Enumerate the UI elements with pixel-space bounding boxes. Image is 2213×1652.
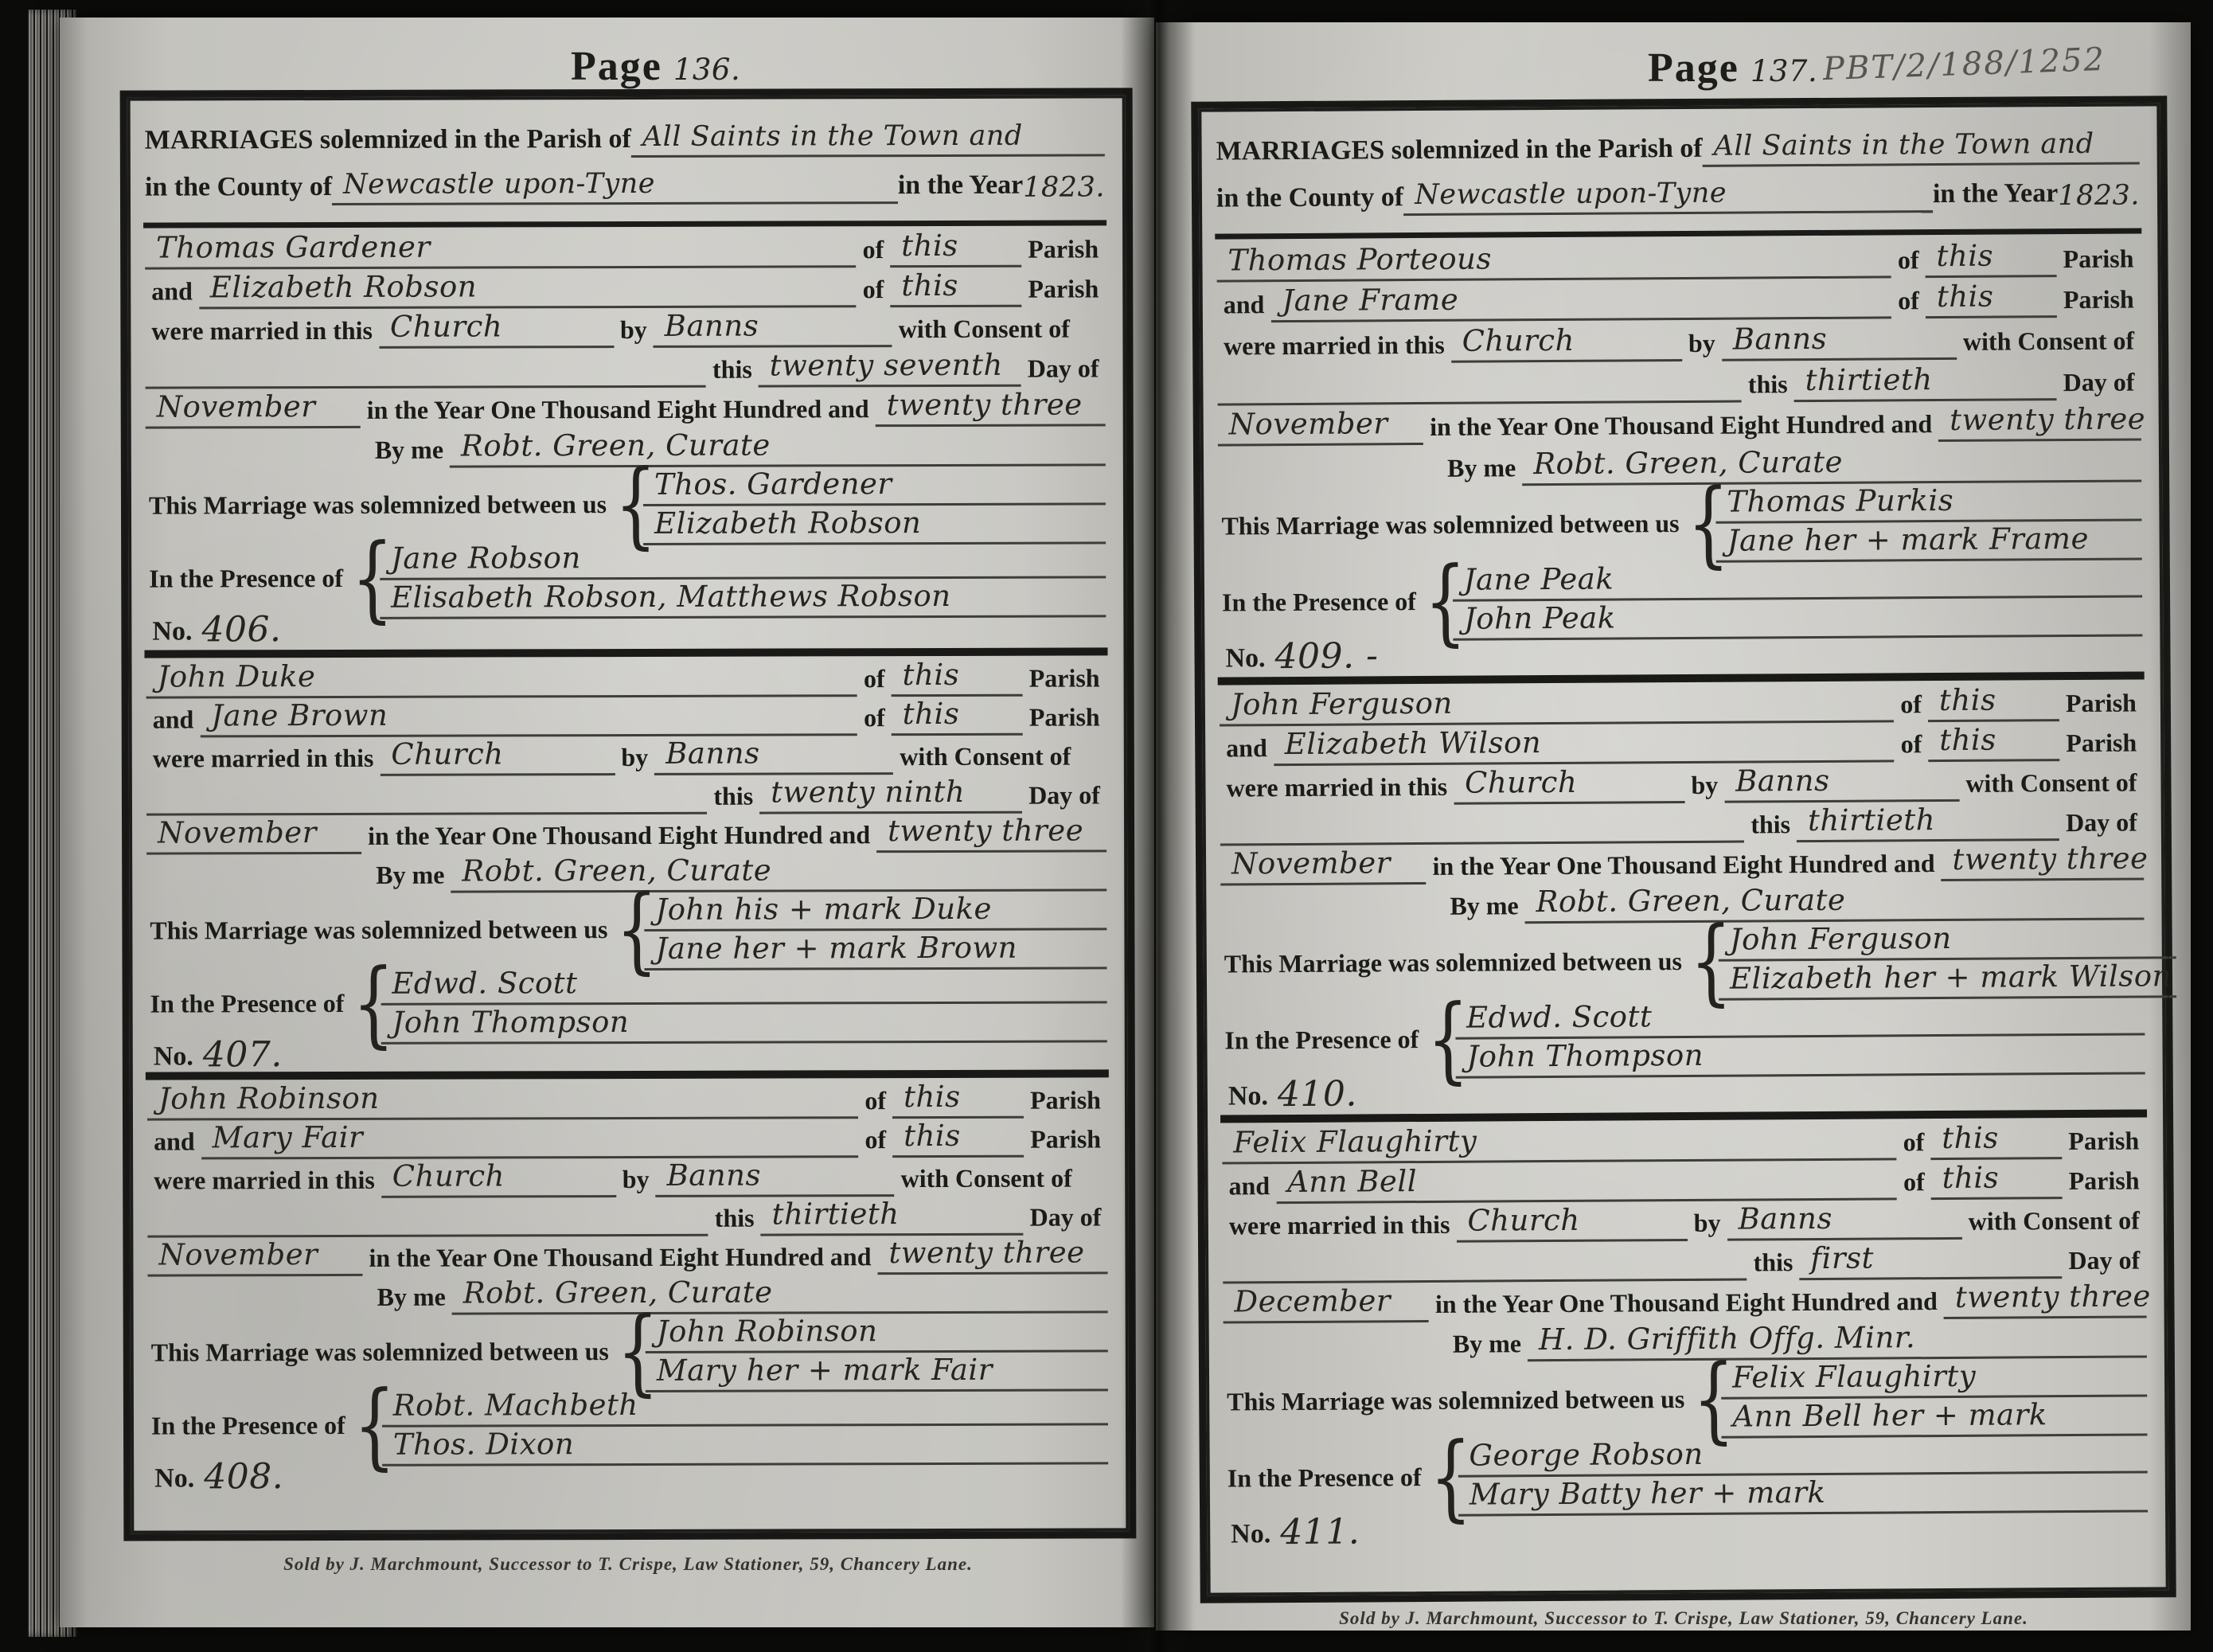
marriage-entry: John Ferguson of this Parish and Elizabe…: [1218, 671, 2147, 1115]
groom-parish-field: this: [1928, 682, 2059, 722]
couple-signatures: Thomas Purkis Jane her + mark Frame: [1715, 482, 2142, 561]
officiant-signature: Robt. Green, Curate: [450, 427, 1106, 467]
of-label: of: [1894, 689, 1928, 722]
stationer-imprint: Sold by J. Marchmount, Successor to T. C…: [122, 1554, 1134, 1575]
bride-name: Ann Bell: [1276, 1161, 1897, 1204]
consent-label: with Consent of: [1962, 1205, 2146, 1239]
county-prefix-label: in the County of: [1216, 182, 1403, 217]
groom-name: John Duke: [146, 658, 857, 698]
day-row: this first Day of: [1223, 1238, 2146, 1283]
day-row: this thirtieth Day of: [1220, 800, 2144, 846]
day-of-label: Day of: [1022, 780, 1106, 813]
groom-signature: Thomas Purkis: [1715, 482, 2141, 524]
solemnized-row: This Marriage was solemnized between us …: [146, 466, 1106, 541]
year-words: twenty three: [1941, 841, 2144, 881]
and-label: and: [147, 1127, 201, 1159]
witness-2: John Thompson: [1455, 1035, 2145, 1078]
day-row: this twenty ninth Day of: [146, 774, 1106, 815]
groom-parish-field: this: [892, 658, 1023, 697]
day-of-label: Day of: [2057, 367, 2141, 400]
brace-icon: [610, 462, 643, 546]
by-label: by: [1684, 771, 1724, 803]
form-frame-inner: MARRIAGES solemnized in the Parish of Al…: [1198, 103, 2168, 1595]
brace-icon: [1422, 997, 1456, 1081]
brace-icon: [1685, 919, 1719, 1003]
this-label: this: [1747, 1248, 1799, 1280]
marriage-entry: Thomas Gardener of this Parish and Eliza…: [143, 225, 1107, 650]
county-prefix-label: in the County of: [145, 172, 332, 206]
entry-number: 408.: [201, 1456, 283, 1497]
month-year-row: November in the Year One Thousand Eight …: [1220, 840, 2144, 885]
brace-icon: [612, 1309, 646, 1393]
form-frame: MARRIAGES solemnized in the Parish of Al…: [120, 88, 1137, 1541]
marriage-method: Banns: [654, 308, 892, 348]
presence-row: In the Presence of Jane Peak John Peak: [1219, 559, 2143, 641]
married-row: were married in this Church by Banns wit…: [145, 307, 1105, 349]
day-of-label: Day of: [2062, 1245, 2146, 1279]
witness-signatures: George Robson Mary Batty her + mark: [1458, 1434, 2148, 1514]
marriage-month: November: [1220, 846, 1427, 886]
heading-line-1: MARRIAGES solemnized in the Parish of Al…: [145, 119, 1105, 158]
form-frame-inner: MARRIAGES solemnized in the Parish of Al…: [127, 95, 1130, 1533]
entry-number: 410.: [1274, 1074, 1357, 1115]
groom-parish-field: this: [890, 228, 1021, 268]
marriage-day: thirtieth: [1797, 802, 2059, 842]
year-line-label: in the Year One Thousand Eight Hundred a…: [1423, 409, 1938, 445]
year-words: twenty three: [876, 387, 1106, 427]
by-me-label: By me: [1441, 453, 1522, 486]
groom-parish-field: this: [892, 1080, 1024, 1119]
witness-signatures: Robt. Machbeth Thos. Dixon: [382, 1386, 1108, 1461]
bride-row: and Elizabeth Wilson of this Parish: [1220, 721, 2143, 766]
groom-row: John Robinson of this Parish: [147, 1079, 1107, 1120]
entry-number-row: No. 408.: [148, 1459, 1108, 1497]
this-label: this: [1744, 810, 1797, 842]
presence-label: In the Presence of: [1219, 587, 1419, 618]
page-word: Page: [1648, 45, 1739, 92]
bride-parish-field: this: [892, 1119, 1024, 1158]
year-line-label: in the Year One Thousand Eight Hundred a…: [1426, 849, 1941, 885]
of-label: of: [858, 1086, 892, 1119]
married-in-this-label: were married in this: [1223, 1210, 1457, 1244]
marriage-method: Banns: [1727, 1201, 1961, 1241]
entry-number-row: No. 411.: [1224, 1510, 2148, 1552]
register-heading: MARRIAGES solemnized in the Parish of Al…: [1214, 114, 2141, 239]
month-year-row: November in the Year One Thousand Eight …: [146, 813, 1106, 854]
marriage-month: November: [146, 389, 361, 429]
by-label: by: [615, 743, 654, 775]
marriage-month: December: [1223, 1283, 1429, 1324]
and-label: and: [1222, 1171, 1276, 1204]
marriage-place: Church: [1456, 1202, 1688, 1243]
by-me-label: By me: [371, 1283, 452, 1315]
month-year-row: November in the Year One Thousand Eight …: [1218, 400, 2141, 447]
officiant-signature: Robt. Green, Curate: [1524, 881, 2144, 924]
parish-label: Parish: [1021, 274, 1105, 307]
year-words: twenty three: [877, 1235, 1107, 1275]
day-of-label: Day of: [1021, 353, 1106, 386]
this-label: this: [706, 355, 759, 388]
page-136: Page 136. MARRIAGES solemnized in the Pa…: [60, 18, 1154, 1627]
witness-1: George Robson: [1458, 1434, 2147, 1477]
form-frame: MARRIAGES solemnized in the Parish of Al…: [1191, 96, 2176, 1603]
married-row: were married in this Church by Banns wit…: [1217, 318, 2141, 365]
witness-1: Jane Peak: [1453, 559, 2142, 602]
this-label: this: [707, 782, 759, 814]
officiant-signature: H. D. Griffith Offg. Minr.: [1528, 1318, 2147, 1361]
page-number: 137.: [1750, 54, 1817, 88]
heading-line-2: in the County of Newcastle upon-Tyne in …: [1216, 174, 2140, 217]
of-label: of: [1897, 1127, 1931, 1160]
month-year-row: November in the Year One Thousand Eight …: [147, 1235, 1107, 1276]
register-heading: MARRIAGES solemnized in the Parish of Al…: [143, 106, 1106, 228]
and-label: and: [1217, 290, 1271, 322]
of-label: of: [857, 275, 891, 307]
parish-label: Parish: [2063, 1166, 2146, 1199]
bride-parish-field: this: [1931, 1160, 2063, 1200]
married-in-this-label: were married in this: [1220, 772, 1454, 806]
marriage-entry: John Robinson of this Parish and Mary Fa…: [146, 1069, 1110, 1494]
marriage-month: November: [147, 1237, 362, 1277]
married-row: were married in this Church by Banns wit…: [1223, 1198, 2146, 1244]
parish-label: Parish: [2059, 728, 2143, 761]
presence-row: In the Presence of Edwd. Scott John Thom…: [1221, 996, 2145, 1078]
bride-signature: Elizabeth her + mark Wilson: [1719, 959, 2176, 1001]
entry-number-row: No. 410.: [1222, 1072, 2145, 1115]
brace-icon: [347, 961, 381, 1045]
year-line-label: in the Year One Thousand Eight Hundred a…: [361, 394, 876, 428]
parish-label: Parish: [1023, 663, 1106, 696]
solemnized-label: This Marriage was solemnized between us: [146, 915, 611, 946]
day-of-label: Day of: [2059, 807, 2144, 841]
county-name: Newcastle upon-Tyne: [332, 167, 898, 205]
stationer-imprint: Sold by J. Marchmount, Successor to T. C…: [1196, 1608, 2172, 1629]
heading-line-1: MARRIAGES solemnized in the Parish of Al…: [1216, 127, 2139, 170]
married-in-this-label: were married in this: [146, 744, 381, 777]
married-in-this-label: were married in this: [147, 1166, 381, 1199]
married-row: were married in this Church by Banns wit…: [1220, 760, 2143, 806]
couple-signatures: John his + mark Duke Jane her + mark Bro…: [644, 891, 1106, 966]
and-label: and: [146, 705, 201, 737]
solemnized-row: This Marriage was solemnized between us …: [148, 1313, 1108, 1388]
year-prefix-label: in the Year: [1933, 178, 2059, 213]
marriage-entry: Thomas Porteous of this Parish and Jane …: [1215, 233, 2144, 677]
year-line-label: in the Year One Thousand Eight Hundred a…: [361, 820, 876, 854]
day-row: this thirtieth Day of: [147, 1196, 1107, 1237]
solemnized-label: This Marriage was solemnized between us: [1224, 1384, 1688, 1416]
no-label: No.: [1224, 1519, 1277, 1552]
year-value: 1823.: [2058, 179, 2140, 212]
witness-2: Mary Batty her + mark: [1458, 1473, 2148, 1516]
day-row: this twenty seventh Day of: [145, 346, 1105, 389]
entry-number-row: No. 407.: [147, 1037, 1107, 1075]
bride-row: and Mary Fair of this Parish: [147, 1118, 1107, 1159]
bride-parish-field: this: [892, 697, 1023, 736]
by-me-label: By me: [369, 435, 450, 468]
bride-row: and Elizabeth Robson of this Parish: [145, 267, 1105, 309]
bride-name: Jane Brown: [200, 697, 857, 737]
year-words: twenty three: [1938, 402, 2141, 443]
bride-row: and Jane Frame of this Parish: [1217, 276, 2141, 323]
no-label: No.: [1219, 643, 1271, 677]
solemnized-label: This Marriage was solemnized between us: [146, 490, 610, 521]
marriage-place: Church: [379, 309, 614, 349]
bride-parish-field: this: [1926, 279, 2057, 318]
groom-parish-field: this: [1930, 1120, 2062, 1160]
consent-label: with Consent of: [1959, 767, 2143, 801]
groom-signature: Felix Flaughirty: [1721, 1357, 2147, 1399]
this-label: this: [708, 1204, 761, 1236]
marriage-entry: Felix Flaughirty of this Parish and Ann …: [1220, 1109, 2149, 1552]
groom-name: Thomas Gardener: [145, 228, 857, 269]
marriage-entry: John Duke of this Parish and Jane Brown …: [144, 647, 1108, 1072]
marriage-method: Banns: [654, 736, 893, 775]
parish-label: Parish: [2056, 244, 2140, 277]
groom-row: Thomas Porteous of this Parish: [1216, 235, 2140, 282]
and-label: and: [1220, 733, 1274, 766]
archive-reference-pencil: PBT/2/188/1252: [1822, 41, 2106, 88]
no-label: No.: [147, 1041, 200, 1075]
of-label: of: [1891, 286, 1926, 318]
marriages-prefix-label: MARRIAGES solemnized in the Parish of: [1216, 134, 1703, 170]
month-year-row: November in the Year One Thousand Eight …: [146, 386, 1106, 428]
brace-icon: [346, 536, 380, 620]
no-label: No.: [146, 616, 198, 650]
of-label: of: [858, 1125, 892, 1158]
solemnized-label: This Marriage was solemnized between us: [148, 1337, 612, 1368]
presence-row: In the Presence of George Robson Mary Ba…: [1224, 1434, 2149, 1516]
marriage-day: thirtieth: [760, 1197, 1023, 1236]
day-row: this thirtieth Day of: [1217, 358, 2141, 405]
marriage-method: Banns: [1724, 763, 1959, 803]
bride-name: Jane Frame: [1270, 280, 1891, 323]
witness-1: Jane Robson: [380, 539, 1106, 580]
day-of-label: Day of: [1024, 1202, 1108, 1235]
witness-1: Edwd. Scott: [381, 964, 1106, 1005]
solemnized-label: This Marriage was solemnized between us: [1218, 509, 1682, 541]
marriage-method: Banns: [1722, 321, 1957, 361]
marriage-place: Church: [1454, 764, 1685, 805]
bride-row: and Ann Bell of this Parish: [1222, 1158, 2145, 1204]
year-words: twenty three: [876, 813, 1106, 853]
brace-icon: [1419, 559, 1454, 643]
solemnized-row: This Marriage was solemnized between us …: [1221, 920, 2145, 1002]
groom-signature: John his + mark Duke: [644, 891, 1106, 931]
solemnized-row: This Marriage was solemnized between us …: [1218, 482, 2142, 564]
marriage-place: Church: [381, 1158, 616, 1198]
brace-icon: [611, 887, 644, 971]
witness-signatures: Edwd. Scott John Thompson: [1455, 996, 2145, 1076]
page-word: Page: [571, 43, 662, 90]
witness-1: Robt. Machbeth: [382, 1386, 1108, 1427]
bride-signature: Ann Bell her + mark: [1721, 1396, 2147, 1438]
month-year-row: December in the Year One Thousand Eight …: [1223, 1278, 2146, 1323]
witness-signatures: Edwd. Scott John Thompson: [381, 964, 1106, 1039]
marriage-register-scan: Page 136. MARRIAGES solemnized in the Pa…: [0, 0, 2213, 1652]
by-label: by: [1688, 1209, 1727, 1241]
married-row: were married in this Church by Banns wit…: [147, 1157, 1107, 1198]
parish-label: Parish: [1024, 1085, 1107, 1118]
bride-name: Mary Fair: [201, 1119, 859, 1159]
presence-label: In the Presence of: [1224, 1463, 1425, 1494]
couple-signatures: Felix Flaughirty Ann Bell her + mark: [1721, 1357, 2148, 1436]
of-label: of: [1897, 1167, 1931, 1200]
groom-name: John Robinson: [147, 1080, 859, 1120]
of-label: of: [1891, 245, 1926, 278]
year-line-label: in the Year One Thousand Eight Hundred a…: [362, 1242, 877, 1276]
no-label: No.: [148, 1463, 201, 1497]
no-label: No.: [1222, 1081, 1274, 1115]
brace-icon: [349, 1383, 382, 1467]
entry-number: 409. -: [1271, 635, 1378, 677]
year-words: twenty three: [1944, 1279, 2147, 1319]
by-me-label: By me: [1443, 891, 1524, 924]
groom-name: Felix Flaughirty: [1222, 1121, 1897, 1164]
page-header: Page 136.: [571, 43, 740, 90]
entry-number: 407.: [200, 1034, 283, 1075]
presence-label: In the Presence of: [148, 1410, 349, 1440]
groom-row: John Duke of this Parish: [146, 657, 1106, 698]
entries-left: Thomas Gardener of this Parish and Eliza…: [143, 225, 1110, 1494]
bride-row: and Jane Brown of this Parish: [146, 696, 1106, 737]
parish-label: Parish: [2057, 285, 2141, 318]
consent-label: with Consent of: [892, 314, 1076, 348]
witness-1: Edwd. Scott: [1455, 996, 2145, 1039]
year-line-label: in the Year One Thousand Eight Hundred a…: [1429, 1287, 1944, 1322]
of-label: of: [857, 235, 891, 268]
marriage-place: Church: [380, 736, 615, 776]
witness-2: John Peak: [1453, 598, 2142, 641]
by-label: by: [1682, 329, 1722, 361]
marriage-method: Banns: [656, 1158, 895, 1197]
marriage-day: twenty seventh: [759, 348, 1021, 388]
officiant-signature: Robt. Green, Curate: [452, 1274, 1108, 1314]
marriages-prefix-label: MARRIAGES solemnized in the Parish of: [145, 124, 631, 159]
married-in-this-label: were married in this: [1217, 330, 1451, 365]
presence-label: In the Presence of: [146, 563, 346, 593]
year-prefix-label: in the Year: [898, 170, 1024, 204]
groom-row: John Ferguson of this Parish: [1220, 681, 2143, 726]
year-value: 1823.: [1023, 171, 1105, 203]
groom-signature: John Robinson: [646, 1313, 1108, 1353]
officiant-signature: Robt. Green, Curate: [1522, 443, 2141, 486]
entry-number: 411.: [1277, 1512, 1360, 1553]
brace-icon: [1688, 1357, 1722, 1441]
by-me-label: By me: [369, 861, 451, 893]
married-row: were married in this Church by Banns wit…: [146, 735, 1106, 776]
marriage-place: Church: [1451, 322, 1683, 363]
parish-label: Parish: [1024, 1124, 1107, 1157]
brace-icon: [1682, 481, 1716, 565]
couple-signatures: Thos. Gardener Elizabeth Robson: [643, 466, 1106, 541]
parish-name: All Saints in the Town and: [1703, 127, 2140, 166]
marriage-month: November: [146, 815, 361, 855]
of-label: of: [857, 664, 892, 697]
groom-row: Felix Flaughirty of this Parish: [1222, 1119, 2145, 1164]
of-label: of: [857, 703, 892, 736]
heading-line-2: in the County of Newcastle upon-Tyne in …: [145, 166, 1105, 205]
couple-signatures: John Robinson Mary her + mark Fair: [646, 1313, 1108, 1388]
parish-label: Parish: [1023, 702, 1106, 735]
solemnized-row: This Marriage was solemnized between us …: [146, 891, 1106, 967]
solemnized-row: This Marriage was solemnized between us …: [1224, 1357, 2148, 1439]
bride-parish-field: this: [1928, 722, 2059, 762]
parish-label: Parish: [2059, 688, 2143, 721]
officiant-row: By me Robt. Green, Curate: [1220, 880, 2144, 925]
marriage-day: first: [1799, 1240, 2062, 1280]
entry-number: 406.: [198, 609, 281, 650]
couple-signatures: John Ferguson Elizabeth her + mark Wilso…: [1719, 920, 2176, 999]
groom-signature: John Ferguson: [1719, 920, 2176, 962]
groom-parish-field: this: [1925, 238, 2056, 278]
entry-number-row: No. 406.: [146, 612, 1106, 650]
parish-name: All Saints in the Town and: [631, 119, 1105, 158]
officiant-row: By me H. D. Griffith Offg. Minr.: [1224, 1318, 2147, 1363]
parish-label: Parish: [2062, 1126, 2145, 1159]
page-header: Page 137.: [1648, 45, 1817, 92]
bride-parish-field: this: [890, 268, 1021, 307]
presence-label: In the Presence of: [147, 988, 348, 1018]
groom-name: Thomas Porteous: [1216, 239, 1891, 282]
by-label: by: [616, 1165, 656, 1197]
of-label: of: [1895, 729, 1929, 762]
bride-signature: Jane her + mark Frame: [1716, 521, 2142, 563]
marriage-day: twenty ninth: [759, 775, 1022, 814]
entries-right: Thomas Porteous of this Parish and Jane …: [1215, 233, 2149, 1552]
witness-signatures: Jane Peak John Peak: [1453, 559, 2143, 639]
by-me-label: By me: [1446, 1329, 1528, 1362]
officiant-signature: Robt. Green, Curate: [451, 852, 1106, 892]
page-137: Page 137. PBT/2/188/1252 MARRIAGES solem…: [1156, 22, 2191, 1631]
solemnized-label: This Marriage was solemnized between us: [1221, 946, 1685, 978]
consent-label: with Consent of: [893, 742, 1077, 775]
by-label: by: [614, 315, 654, 348]
page-number: 136.: [673, 53, 740, 87]
presence-label: In the Presence of: [1221, 1025, 1422, 1056]
consent-label: with Consent of: [895, 1164, 1079, 1197]
parish-label: Parish: [1021, 234, 1105, 267]
groom-signature: Thos. Gardener: [643, 466, 1106, 506]
groom-name: John Ferguson: [1220, 683, 1895, 726]
county-name: Newcastle upon-Tyne: [1403, 176, 1933, 216]
and-label: and: [145, 276, 199, 309]
entry-number-row: No. 409. -: [1219, 635, 2142, 678]
this-label: this: [1742, 369, 1794, 402]
bride-name: Elizabeth Wilson: [1274, 723, 1895, 766]
witness-signatures: Jane Robson Elisabeth Robson, Matthews R…: [380, 539, 1106, 614]
bride-name: Elizabeth Robson: [199, 268, 857, 309]
brace-icon: [1424, 1435, 1458, 1519]
married-in-this-label: were married in this: [145, 316, 379, 350]
marriage-month: November: [1218, 406, 1424, 447]
marriage-day: thirtieth: [1794, 361, 2057, 402]
officiant-row: By me Robt. Green, Curate: [1218, 441, 2141, 488]
groom-row: Thomas Gardener of this Parish: [145, 227, 1105, 269]
consent-label: with Consent of: [1957, 326, 2141, 359]
